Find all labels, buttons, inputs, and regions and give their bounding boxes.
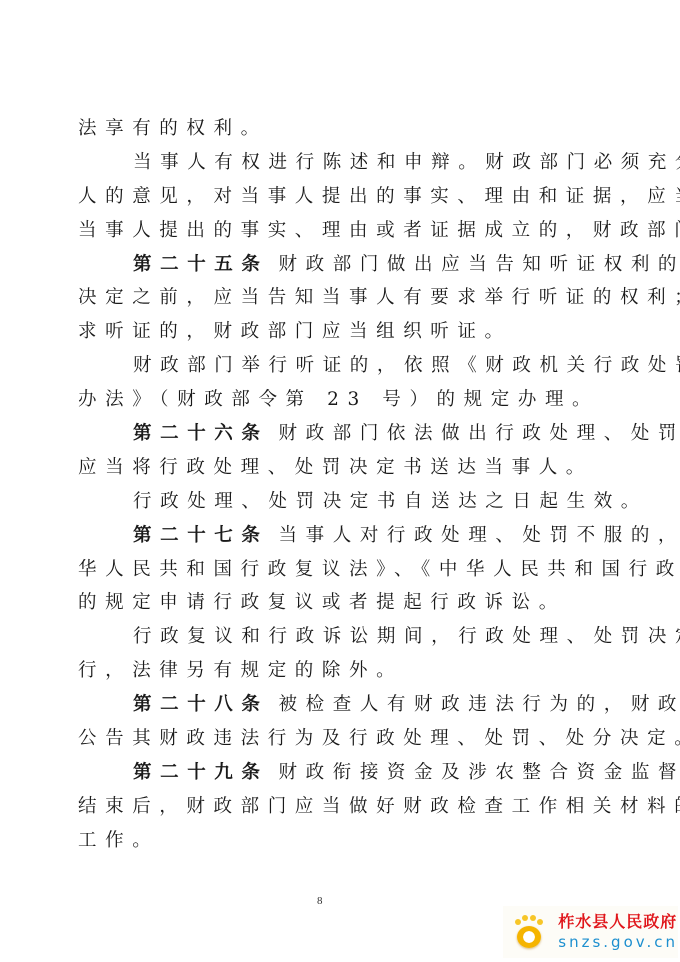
article-number: 第二十五条 [133, 254, 269, 275]
article-28-heading: 第二十八条被检查人有财政违法行为的，财政部门可以 [78, 688, 578, 722]
line-text: 人的意见，对当事人提出的事实、理由和证据，应当进行核查； [78, 186, 680, 207]
text-line: 当事人有权进行陈述和申辩。财政部门必须充分听取当事 [78, 146, 578, 180]
text-line: 公告其财政违法行为及行政处理、处罚、处分决定。 [78, 722, 578, 756]
line-text: 被检查人有财政违法行为的，财政部门可以 [279, 694, 680, 715]
watermark-title: 柞水县人民政府 [558, 912, 678, 932]
article-number: 第二十八条 [133, 694, 269, 715]
line-text: 财政部门依法做出行政处理、处罚决定后， [279, 423, 680, 444]
page-number: 8 [317, 895, 323, 907]
line-text: 财政部门做出应当告知听证权利的行政处罚 [279, 254, 680, 275]
line-text: 法享有的权利。 [78, 118, 268, 139]
line-text: 财政衔接资金及涉农整合资金监督检查工作 [279, 762, 680, 783]
text-line: 人的意见，对当事人提出的事实、理由和证据，应当进行核查； [78, 180, 578, 214]
line-text: 应当将行政处理、处罚决定书送达当事人。 [78, 457, 593, 478]
text-line: 当事人提出的事实、理由或者证据成立的，财政部门应当采纳。 [78, 214, 578, 248]
article-number: 第二十七条 [133, 525, 269, 546]
text-line: 的规定申请行政复议或者提起行政诉讼。 [78, 586, 578, 620]
line-text: 行政复议和行政诉讼期间，行政处理、处罚决定不停止妨 [133, 626, 680, 647]
line-text: 当事人提出的事实、理由或者证据成立的，财政部门应当采纳。 [78, 220, 680, 241]
line-text: 的规定申请行政复议或者提起行政诉讼。 [78, 592, 566, 613]
article-25-heading: 第二十五条财政部门做出应当告知听证权利的行政处罚 [78, 248, 578, 282]
document-page: 法享有的权利。 当事人有权进行陈述和申辩。财政部门必须充分听取当事 人的意见，对… [0, 0, 680, 962]
text-line: 结束后，财政部门应当做好财政检查工作相关材料的立卷归档 [78, 790, 578, 824]
site-watermark: 柞水县人民政府 snzs.gov.cn [503, 906, 678, 958]
line-text: 工作。 [78, 830, 159, 851]
line-text: 当事人对行政处理、处罚不服的，依照《中 [279, 525, 680, 546]
text-line: 应当将行政处理、处罚决定书送达当事人。 [78, 451, 578, 485]
line-text: 行，法律另有规定的除外。 [78, 660, 403, 681]
line-text: 办法》（财政部令第 23 号）的规定办理。 [78, 389, 599, 410]
text-line: 工作。 [78, 824, 578, 858]
article-26-heading: 第二十六条财政部门依法做出行政处理、处罚决定后， [78, 417, 578, 451]
line-text: 当事人有权进行陈述和申辩。财政部门必须充分听取当事 [133, 152, 680, 173]
line-text: 结束后，财政部门应当做好财政检查工作相关材料的立卷归档 [78, 796, 680, 817]
text-line: 决定之前，应当告知当事人有要求举行听证的权利；当事人要 [78, 281, 578, 315]
line-text: 华人民共和国行政复议法》、《中华人民共和国行政诉讼法》 [78, 559, 680, 580]
text-line: 法享有的权利。 [78, 112, 578, 146]
article-number: 第二十九条 [133, 762, 269, 783]
article-29-heading: 第二十九条财政衔接资金及涉农整合资金监督检查工作 [78, 756, 578, 790]
text-line: 求听证的，财政部门应当组织听证。 [78, 315, 578, 349]
text-line: 行政处理、处罚决定书自送达之日起生效。 [78, 485, 578, 519]
text-line: 办法》（财政部令第 23 号）的规定办理。 [78, 383, 578, 417]
sun-logo-icon [511, 912, 550, 952]
line-text: 求听证的，财政部门应当组织听证。 [78, 321, 512, 342]
line-text: 行政处理、处罚决定书自送达之日起生效。 [133, 491, 648, 512]
document-body: 法享有的权利。 当事人有权进行陈述和申辩。财政部门必须充分听取当事 人的意见，对… [78, 112, 578, 858]
line-text: 公告其财政违法行为及行政处理、处罚、处分决定。 [78, 728, 680, 749]
article-number: 第二十六条 [133, 423, 269, 444]
text-line: 行，法律另有规定的除外。 [78, 654, 578, 688]
line-text: 财政部门举行听证的，依照《财政机关行政处罚听证实施 [133, 355, 680, 376]
text-line: 华人民共和国行政复议法》、《中华人民共和国行政诉讼法》 [78, 553, 578, 587]
watermark-url: snzs.gov.cn [558, 932, 678, 952]
text-line: 行政复议和行政诉讼期间，行政处理、处罚决定不停止妨 [78, 620, 578, 654]
line-text: 决定之前，应当告知当事人有要求举行听证的权利；当事人要 [78, 287, 680, 308]
text-line: 财政部门举行听证的，依照《财政机关行政处罚听证实施 [78, 349, 578, 383]
article-27-heading: 第二十七条当事人对行政处理、处罚不服的，依照《中 [78, 519, 578, 553]
